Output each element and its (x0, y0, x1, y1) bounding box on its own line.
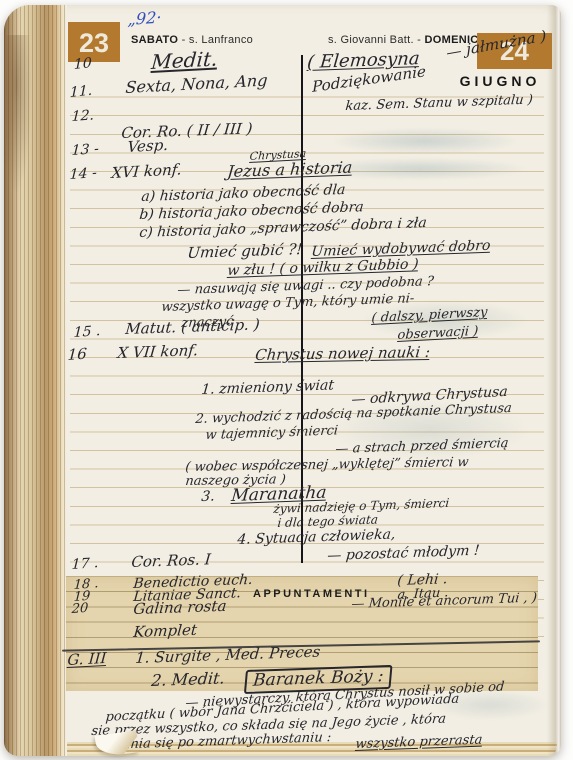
handwriting-line: Jezus a historia (227, 160, 353, 180)
handwriting-line: 20 (71, 602, 88, 616)
handwriting-line: Matut. ( anticip. ) (125, 317, 261, 337)
handwriting-line: w tajemnicy śmierci (205, 424, 339, 442)
handwriting-line: ( wobec współczesnej „wyklętej” śmierci … (185, 456, 470, 474)
handwriting-line: 10 (74, 56, 92, 72)
handwriting-line: Umieć wydobywać dobro (311, 239, 491, 259)
handwriting-line: 4. Sytuacja człowieka, (237, 528, 396, 547)
handwriting-line: 2. Medit. (151, 670, 226, 689)
handwriting-line: Komplet (133, 623, 198, 640)
handwriting-line: G. III (67, 651, 107, 668)
handwriting-line: „92· (127, 10, 162, 28)
handwriting-line: 1. Surgite , Med. Preces (135, 645, 321, 666)
handwriting-line: Medit. (151, 49, 219, 72)
handwriting-line: XVI konf. (111, 162, 182, 181)
handwriting-line: 14 - (69, 166, 97, 182)
handwriting-line: 17 . (71, 556, 99, 572)
handwriting-line: 13 - (71, 142, 99, 158)
handwriting-line: Chrystus nowej nauki : (254, 345, 430, 363)
handwriting-line: 11. (70, 84, 93, 100)
handwriting-line: Sexta, Nona, Ang (125, 73, 268, 96)
handwriting-line: Umieć gubić ?! (187, 242, 303, 261)
handwriting-line: 3. (201, 490, 216, 504)
scanned-notebook-photo: 23 SABATO - s. Lanfranco s. Giovanni Bat… (0, 0, 573, 760)
handwriting-line: 16 (67, 347, 87, 363)
handwriting-layer: „92·10Medit.( Elemosyna— jałmużna )11.Se… (0, 0, 573, 760)
handwriting-line: Vesp. (127, 138, 169, 155)
handwriting-line: Cor. Ros. I (131, 552, 212, 570)
handwriting-line: wszystko przerasta (355, 734, 483, 751)
handwriting-line: — pozostać młodym ! (327, 544, 480, 563)
handwriting-line: 15 . (73, 324, 101, 340)
handwriting-line: Galina rosta (133, 599, 227, 617)
handwriting-line: — jałmużna ) (446, 29, 547, 61)
handwriting-line: obserwacji ) (397, 325, 479, 342)
handwriting-line: X VII konf. (117, 343, 199, 361)
handwriting-line: ( dalszy, pierwszy (371, 306, 488, 325)
handwriting-line: 1. zmieniony świat (201, 378, 335, 397)
handwriting-line: — a strach przed śmiercią (335, 437, 509, 456)
handwriting-line: 2. wychodzić z radością na spotkanie Chr… (195, 402, 512, 426)
handwriting-line: — Monile et ancorum Tui , ) (351, 592, 538, 611)
handwriting-line: 12. (71, 108, 94, 124)
handwriting-line: kaz. Sem. Stanu w szpitalu ) (345, 93, 533, 113)
